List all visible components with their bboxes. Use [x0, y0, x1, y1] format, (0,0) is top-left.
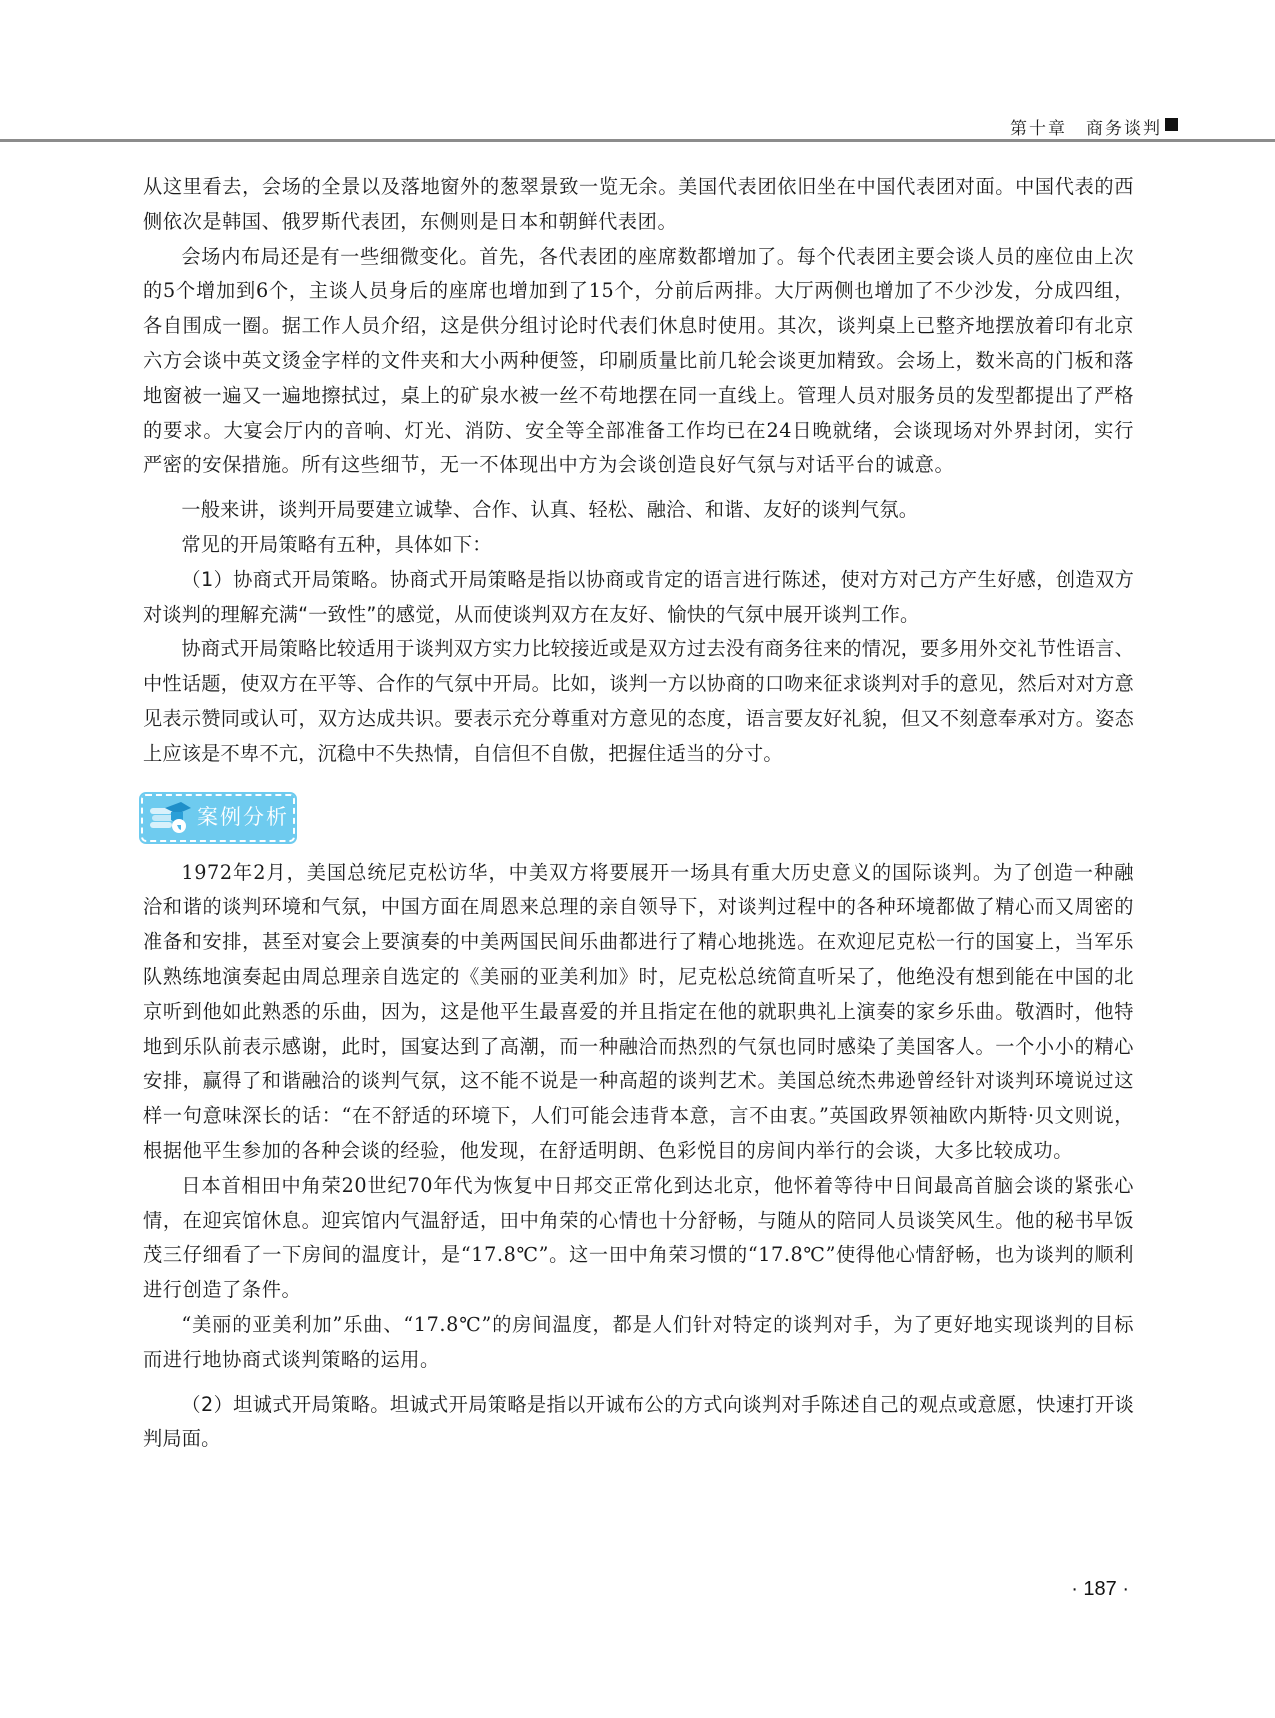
page-body: 从这里看去，会场的全景以及落地窗外的葱翠景致一览无余。美国代表团依旧坐在中国代表…: [143, 170, 1134, 1457]
case-paragraph: 1972年2月，美国总统尼克松访华，中美双方将要展开一场具有重大历史意义的国际谈…: [143, 856, 1134, 1169]
square-marker-icon: [1165, 118, 1178, 131]
strategy-2-paragraph: （2）坦诚式开局策略。坦诚式开局策略是指以开诚布公的方式向谈判对手陈述自己的观点…: [143, 1388, 1134, 1458]
case-paragraph: “美丽的亚美利加”乐曲、“17.8℃”的房间温度，都是人们针对特定的谈判对手，为…: [143, 1308, 1134, 1378]
page-number: · 187 ·: [1071, 1578, 1129, 1601]
running-header: 第十章 商务谈判: [0, 108, 1275, 142]
case-analysis-badge: 案例分析: [141, 794, 295, 842]
paragraph: 会场内布局还是有一些细微变化。首先，各代表团的座席数都增加了。每个代表团主要会谈…: [143, 240, 1134, 484]
chapter-title: 第十章 商务谈判: [1010, 114, 1162, 139]
case-paragraph: 日本首相田中角荣20世纪70年代为恢复中日邦交正常化到达北京，他怀着等待中日间最…: [143, 1169, 1134, 1308]
header-divider: [0, 139, 1275, 142]
paragraph: 从这里看去，会场的全景以及落地窗外的葱翠景致一览无余。美国代表团依旧坐在中国代表…: [143, 170, 1134, 240]
strategy-1-paragraph: （1）协商式开局策略。协商式开局策略是指以协商或肯定的语言进行陈述，使对方对己方…: [143, 563, 1134, 633]
paragraph: 一般来讲，谈判开局要建立诚挚、合作、认真、轻松、融洽、和谐、友好的谈判气氛。: [143, 493, 1134, 528]
paragraph: 协商式开局策略比较适用于谈判双方实力比较接近或是双方过去没有商务往来的情况，要多…: [143, 632, 1134, 771]
paragraph: 常见的开局策略有五种，具体如下：: [143, 528, 1134, 563]
graduation-books-icon: [147, 798, 195, 838]
case-analysis-label: 案例分析: [197, 800, 289, 835]
